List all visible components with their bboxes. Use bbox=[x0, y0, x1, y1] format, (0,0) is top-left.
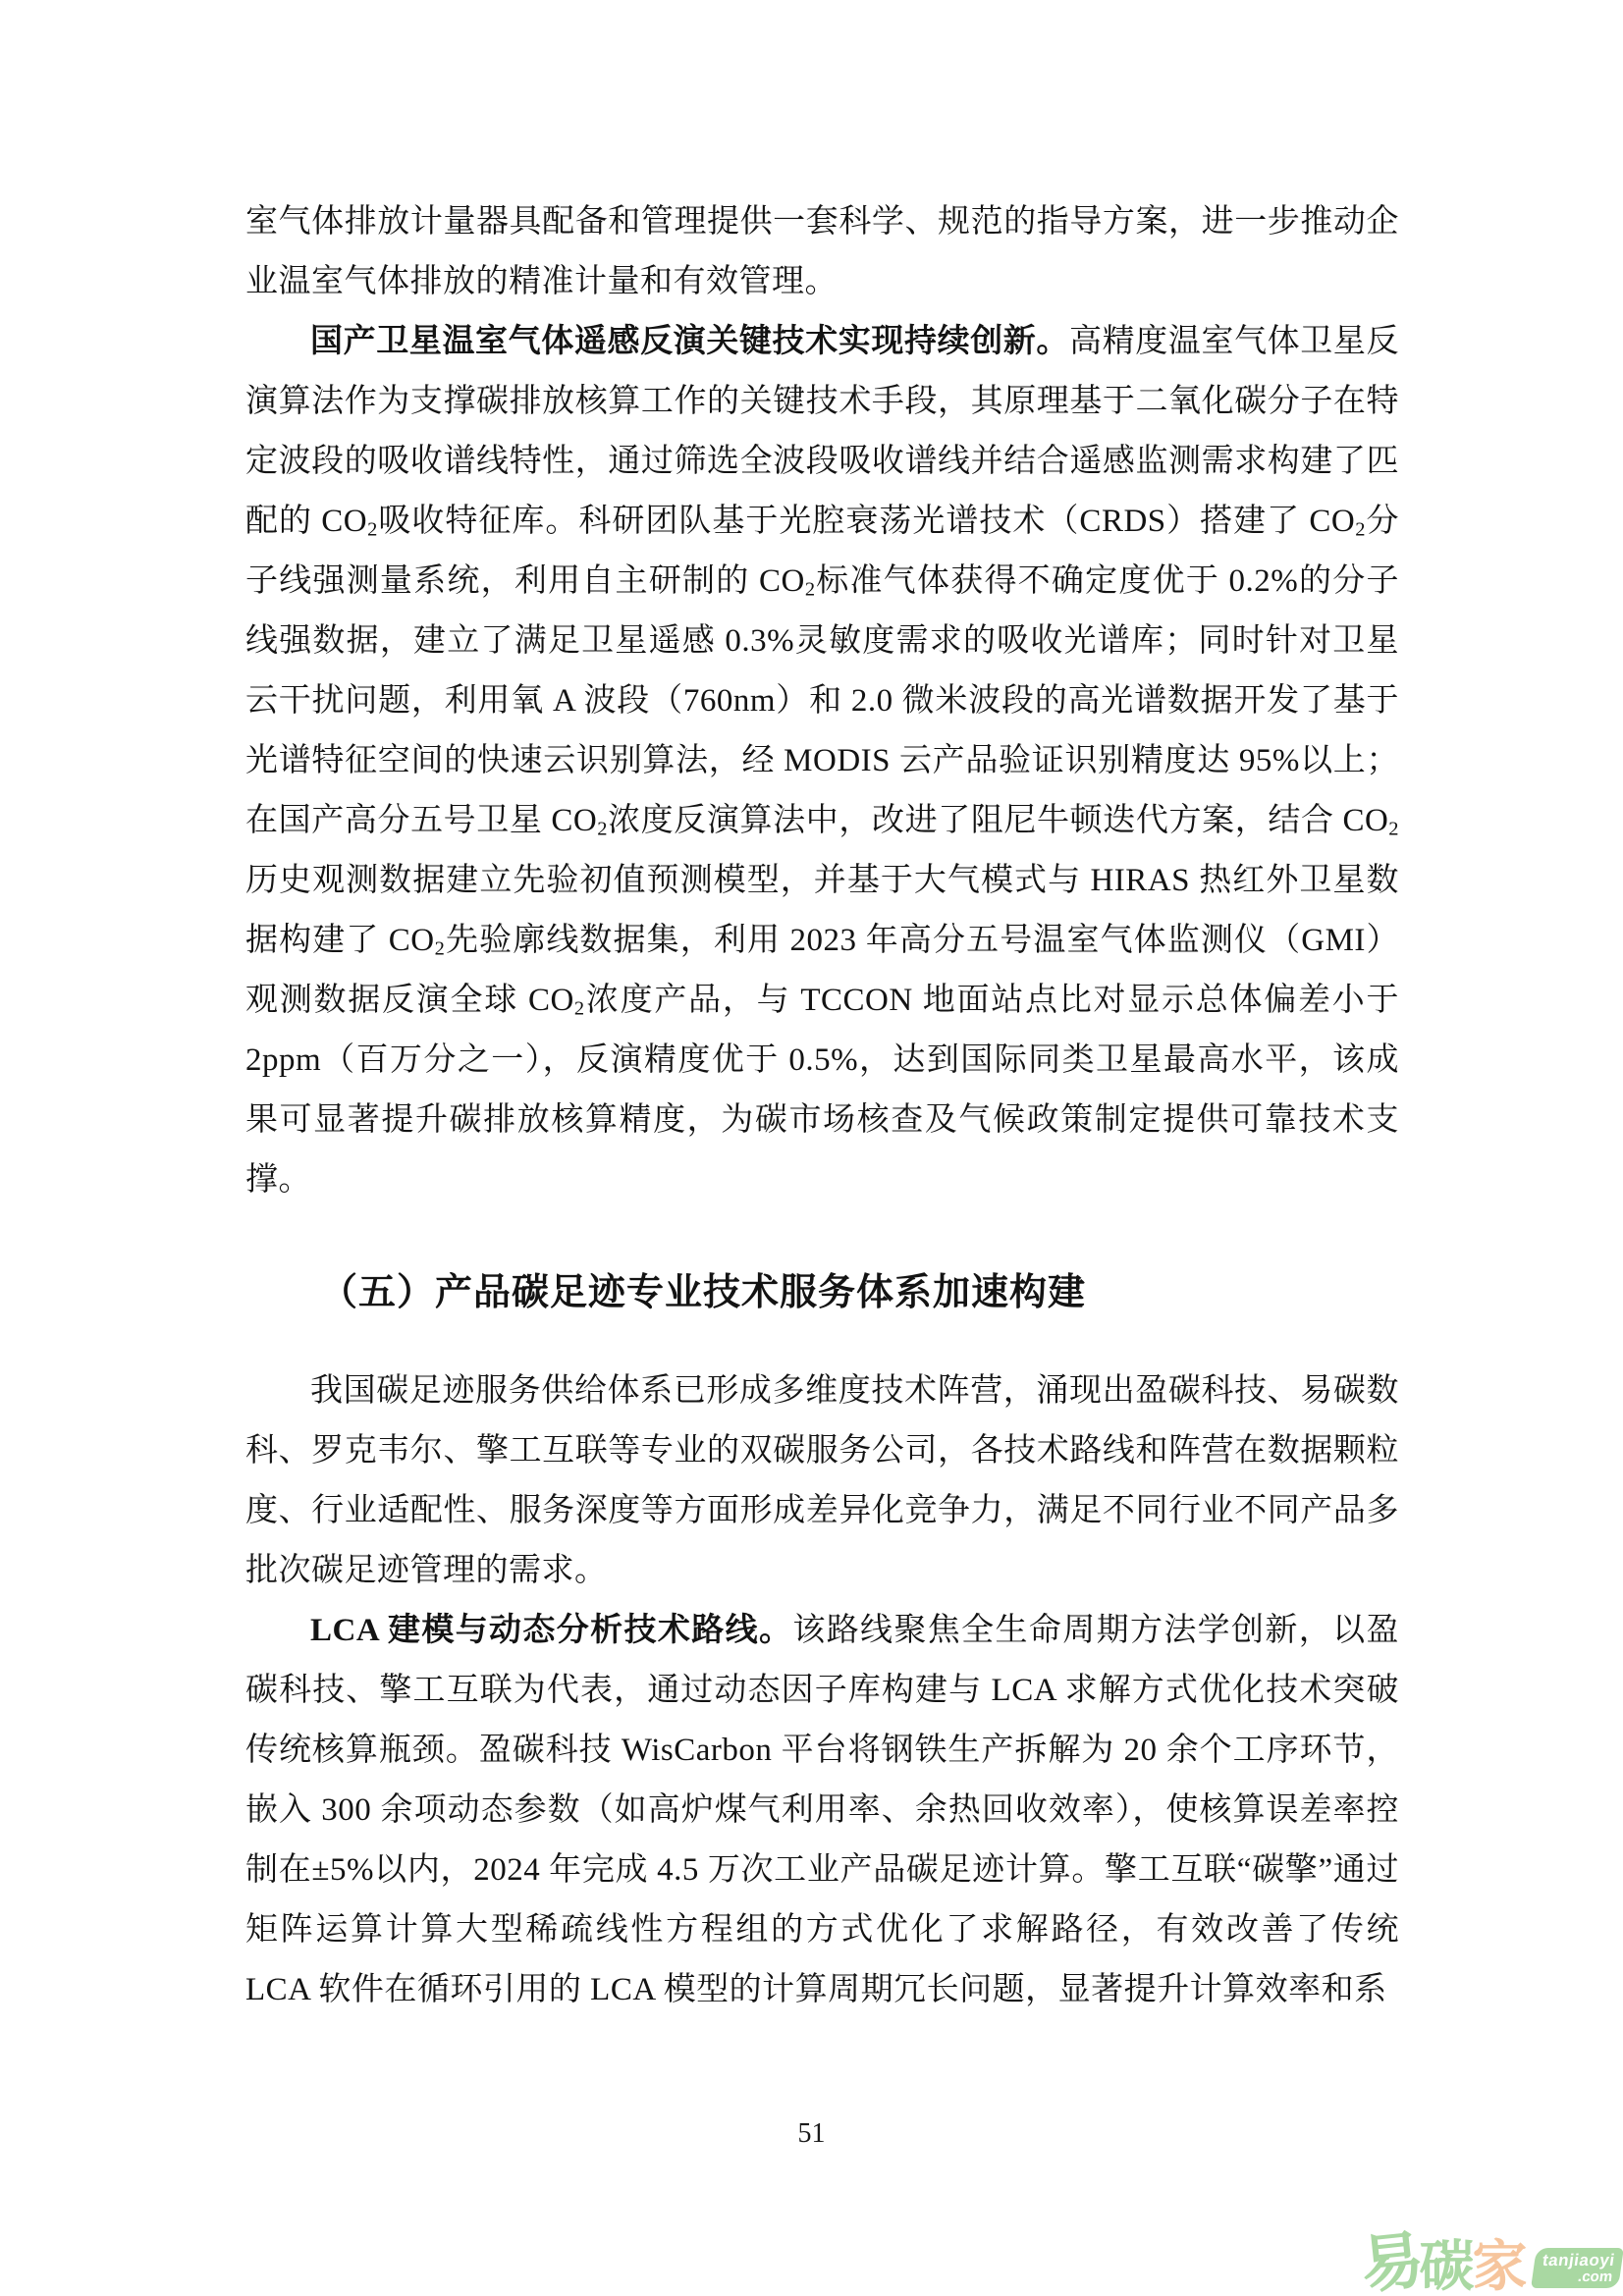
paragraph-text: 标准气体获得不确定度优于 0.2%的分子线强数据，建立了满足卫星遥感 0.3%灵… bbox=[245, 563, 1399, 838]
watermark-char-yi: 易 bbox=[1357, 2228, 1426, 2296]
subscript-text: 2 bbox=[805, 579, 816, 601]
watermark-char-tan: 碳 bbox=[1420, 2239, 1475, 2294]
subscript-text: 2 bbox=[1355, 519, 1366, 541]
paragraph-text: 吸收特征库。科研团队基于光腔衰荡光谱技术（CRDS）搭建了 CO bbox=[378, 504, 1355, 539]
subscript-text: 2 bbox=[574, 998, 585, 1020]
paragraph-lead-bold: 国产卫星温室气体遥感反演关键技术实现持续创新。 bbox=[310, 324, 1069, 359]
section-heading: （五）产品碳足迹专业技术服务体系加速构建 bbox=[245, 1261, 1399, 1324]
watermark-tld-text: .com bbox=[1539, 2269, 1613, 2285]
watermark-char-jia: 家 bbox=[1473, 2239, 1528, 2294]
paragraph: 国产卫星温室气体遥感反演关键技术实现持续创新。高精度温室气体卫星反演算法作为支撑… bbox=[245, 312, 1399, 1210]
paragraph: 室气体排放计量器具配备和管理提供一套科学、规范的指导方案，进一步推动企业温室气体… bbox=[245, 192, 1399, 312]
paragraph-text: 我国碳足迹服务供给体系已形成多维度技术阵营，涌现出盈碳科技、易碳数科、罗克韦尔、… bbox=[245, 1373, 1399, 1588]
watermark-domain-text: tanjiaoyi bbox=[1541, 2252, 1615, 2269]
paragraph-text: 室气体排放计量器具配备和管理提供一套科学、规范的指导方案，进一步推动企业温室气体… bbox=[245, 204, 1399, 299]
subscript-text: 2 bbox=[1388, 819, 1399, 840]
paragraph-text: 该路线聚焦全生命周期方法学创新，以盈碳科技、擎工互联为代表，通过动态因子库构建与… bbox=[245, 1613, 1399, 2007]
watermark-domain-badge: tanjiaoyi .com bbox=[1531, 2248, 1623, 2288]
document-page: 室气体排放计量器具配备和管理提供一套科学、规范的指导方案，进一步推动企业温室气体… bbox=[0, 0, 1623, 2296]
page-number: 51 bbox=[0, 2118, 1623, 2150]
paragraph-lead-bold: LCA 建模与动态分析技术路线。 bbox=[310, 1613, 792, 1648]
subscript-text: 2 bbox=[597, 819, 608, 840]
document-body: 室气体排放计量器具配备和管理提供一套科学、规范的指导方案，进一步推动企业温室气体… bbox=[245, 192, 1399, 2020]
paragraph: 我国碳足迹服务供给体系已形成多维度技术阵营，涌现出盈碳科技、易碳数科、罗克韦尔、… bbox=[245, 1362, 1399, 1601]
site-watermark: 易 碳 家 tanjiaoyi .com bbox=[1361, 2231, 1621, 2294]
subscript-text: 2 bbox=[435, 938, 446, 960]
paragraph-text: 浓度反演算法中，改进了阻尼牛顿迭代方案，结合 CO bbox=[608, 803, 1388, 838]
paragraph: LCA 建模与动态分析技术路线。该路线聚焦全生命周期方法学创新，以盈碳科技、擎工… bbox=[245, 1601, 1399, 2020]
subscript-text: 2 bbox=[367, 519, 378, 541]
